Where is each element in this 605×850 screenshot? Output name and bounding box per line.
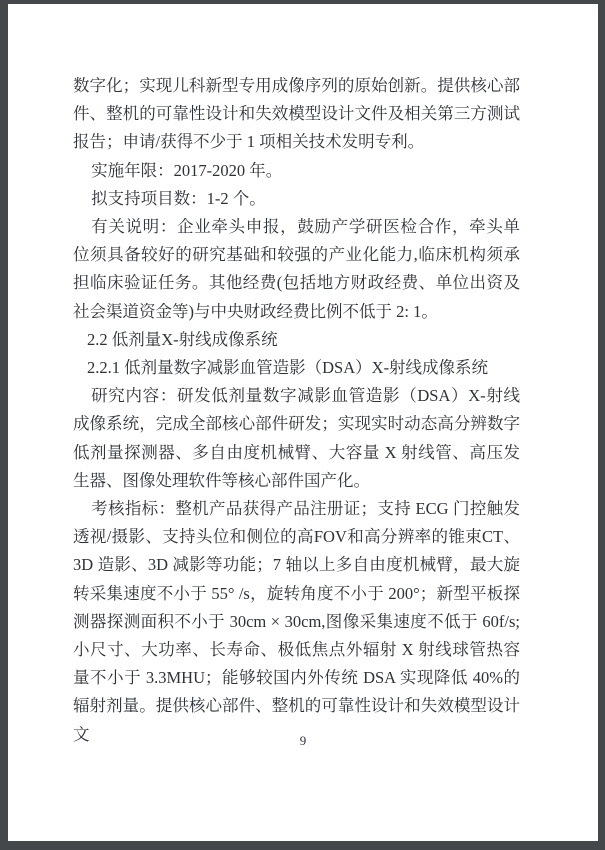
paragraph-project-count: 拟支持项目数：1-2 个。 (73, 185, 520, 213)
section-heading-2-2-1: 2.2.1 低剂量数字减影血管造影（DSA）X-射线成像系统 (73, 354, 520, 382)
paragraph-research-content: 研究内容：研发低剂量数字减影血管造影（DSA）X-射线成像系统，完成全部核心部件… (73, 382, 520, 495)
paragraph-continuation: 数字化；实现儿科新型专用成像序列的原始创新。提供核心部件、整机的可靠性设计和失效… (73, 72, 520, 157)
paragraph-related-notes: 有关说明：企业牵头申报，鼓励产学研医检合作，牵头单位须具备较好的研究基础和较强的… (73, 213, 520, 326)
pdf-viewer-background: 数字化；实现儿科新型专用成像序列的原始创新。提供核心部件、整机的可靠性设计和失效… (0, 0, 605, 850)
page-content: 数字化；实现儿科新型专用成像序列的原始创新。提供核心部件、整机的可靠性设计和失效… (73, 72, 520, 749)
paragraph-assessment-indicators: 考核指标：整机产品获得产品注册证；支持 ECG 门控触发透视/摄影、支持头位和侧… (73, 495, 520, 749)
document-page: 数字化；实现儿科新型专用成像序列的原始创新。提供核心部件、整机的可靠性设计和失效… (8, 4, 598, 841)
paragraph-implementation-period: 实施年限：2017-2020 年。 (73, 157, 520, 185)
section-heading-2-2: 2.2 低剂量X-射线成像系统 (73, 326, 520, 354)
page-number: 9 (8, 733, 598, 749)
